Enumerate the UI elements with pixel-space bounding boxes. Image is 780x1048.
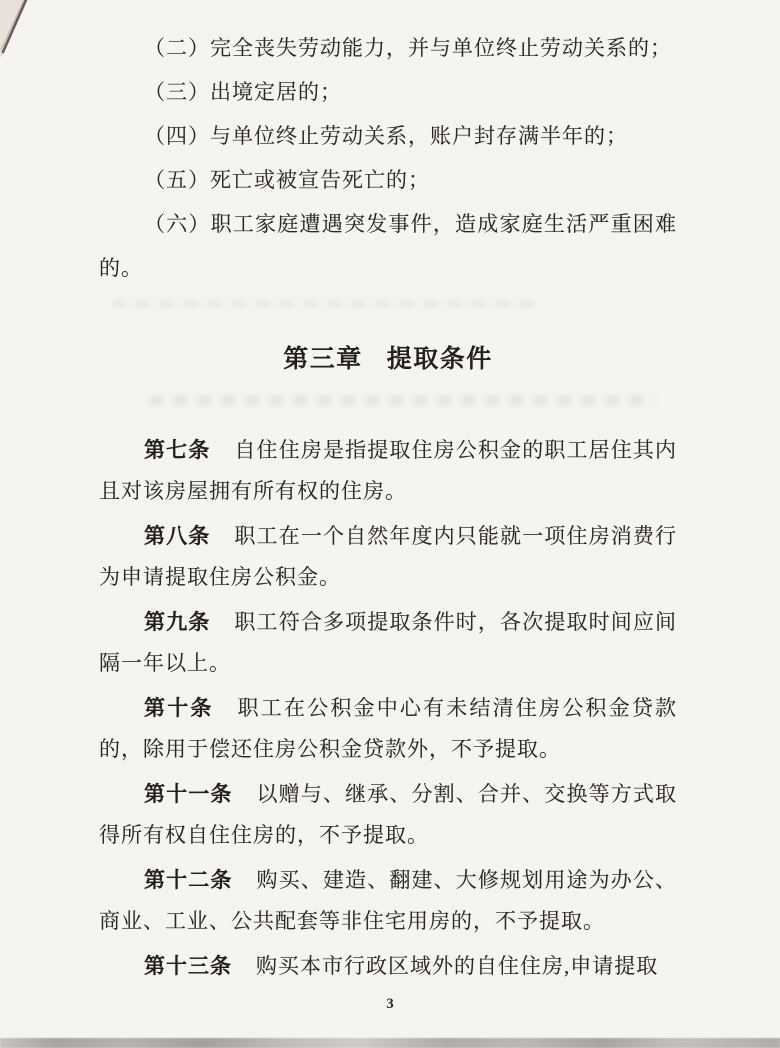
- clause-line: （六）职工家庭遭遇突发事件，造成家庭生活严重困难的。: [99, 202, 677, 290]
- page-fold-artifact: [0, 0, 70, 80]
- article-paragraph: 第九条职工符合多项提取条件时，各次提取时间应间隔一年以上。: [99, 602, 677, 684]
- article-number: 第八条: [144, 525, 210, 548]
- clause-line: （二）完全丧失劳动能力，并与单位终止劳动关系的；: [99, 26, 677, 70]
- article-paragraph: 第八条职工在一个自然年度内只能就一项住房消费行为申请提取住房公积金。: [99, 516, 677, 598]
- clause-list: （二）完全丧失劳动能力，并与单位终止劳动关系的； （三）出境定居的； （四）与单…: [99, 0, 677, 290]
- article-paragraph: 第十一条以赠与、继承、分割、合并、交换等方式取得所有权自住住房的，不予提取。: [99, 774, 677, 856]
- article-number: 第七条: [144, 439, 210, 462]
- clause-line: （四）与单位终止劳动关系，账户封存满半年的；: [99, 114, 677, 158]
- clause-line: （五）死亡或被宣告死亡的；: [99, 158, 677, 202]
- chapter-title: 提取条件: [387, 345, 493, 373]
- article-paragraph: 第七条自住住房是指提取住房公积金的职工居住其内且对该房屋拥有所有权的住房。: [99, 430, 677, 512]
- article-number: 第九条: [144, 611, 210, 634]
- article-paragraph: 第十条职工在公积金中心有未结清住房公积金贷款的，除用于偿还住房公积金贷款外，不予…: [99, 688, 677, 770]
- article-paragraph: 第十三条购买本市行政区域外的自住住房,申请提取: [99, 946, 677, 987]
- chapter-heading: 第三章提取条件: [99, 342, 677, 376]
- article-list: 第七条自住住房是指提取住房公积金的职工居住其内且对该房屋拥有所有权的住房。 第八…: [99, 430, 677, 987]
- article-body: 购买本市行政区域外的自住住房,申请提取: [256, 954, 658, 978]
- chapter-number: 第三章: [283, 345, 363, 373]
- article-number: 第十三条: [144, 955, 232, 978]
- scan-edge-artifact: [0, 1038, 780, 1048]
- document-body: （二）完全丧失劳动能力，并与单位终止劳动关系的； （三）出境定居的； （四）与单…: [99, 0, 677, 987]
- scanned-document-page: （二）完全丧失劳动能力，并与单位终止劳动关系的； （三）出境定居的； （四）与单…: [0, 0, 780, 1048]
- clause-line: （三）出境定居的；: [99, 70, 677, 114]
- page-number: 3: [0, 996, 780, 1013]
- article-number: 第十条: [144, 697, 214, 720]
- article-number: 第十一条: [144, 783, 233, 806]
- article-number: 第十二条: [144, 869, 233, 892]
- article-paragraph: 第十二条购买、建造、翻建、大修规划用途为办公、商业、工业、公共配套等非住宅用房的…: [99, 860, 677, 942]
